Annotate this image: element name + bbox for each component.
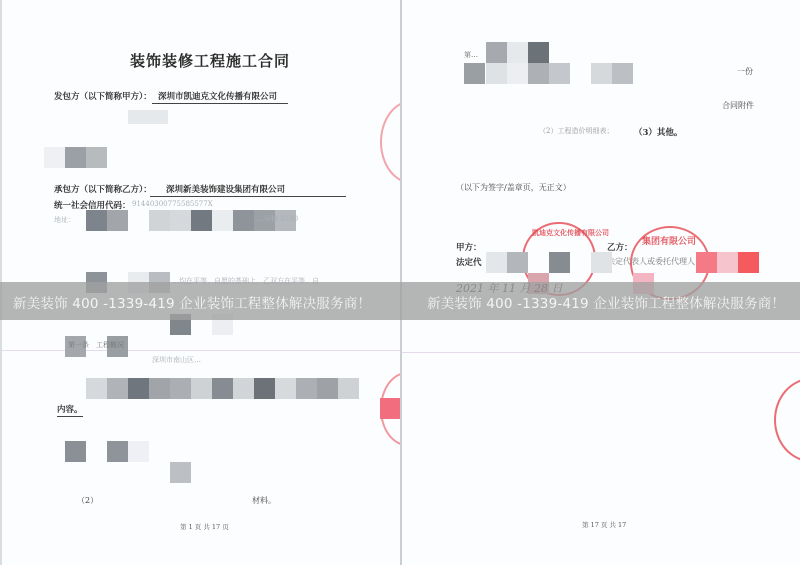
page-seam-stamp <box>774 378 800 462</box>
party-b-stamp-text: 集团有限公司 <box>642 234 696 247</box>
redaction-mosaic-block <box>738 252 759 273</box>
redaction-mosaic-block <box>107 210 128 231</box>
redaction-mosaic-block <box>380 398 400 419</box>
redaction-mosaic-block <box>528 42 549 63</box>
redaction-mosaic-block <box>149 378 170 399</box>
redaction-mosaic-block <box>254 378 275 399</box>
redaction-mosaic-block <box>486 252 507 273</box>
watermark-banner: 新美装饰 400 -1339-419 企业装饰工程整体解决服务商！ 新美装饰 4… <box>0 282 800 320</box>
redaction-mosaic-block <box>170 378 191 399</box>
watermark-text-left: 新美装饰 400 -1339-419 企业装饰工程整体解决服务商！ <box>13 292 371 312</box>
redaction-mosaic-block <box>191 378 212 399</box>
party-b-rep-label: 法定代表人或委托代理人 <box>607 256 695 267</box>
item-2-tail: 材料。 <box>252 495 276 506</box>
item-2-label: （2） <box>77 495 98 506</box>
redaction-mosaic-block <box>212 210 233 231</box>
address-tail: …号楼 8190 <box>257 214 298 224</box>
redaction-mosaic-block <box>507 63 528 84</box>
redaction-mosaic-block <box>128 378 149 399</box>
article-heading: 第… <box>464 50 478 60</box>
redaction-mosaic-block <box>549 252 570 273</box>
redaction-mosaic-block <box>86 210 107 231</box>
party-a-stamp-partial <box>380 100 400 184</box>
line-tail-2: 合同附件 <box>722 100 754 111</box>
redaction-mosaic-block <box>128 110 168 124</box>
redaction-mosaic-block <box>296 378 317 399</box>
redaction-mosaic-block <box>486 42 507 63</box>
redaction-mosaic-block <box>107 378 128 399</box>
redaction-mosaic-block <box>65 147 86 168</box>
redaction-mosaic-block <box>44 147 65 168</box>
redaction-mosaic-block <box>170 210 191 231</box>
redaction-mosaic-block <box>507 252 528 273</box>
redaction-mosaic-block <box>464 63 485 84</box>
redaction-mosaic-block <box>149 210 170 231</box>
redaction-mosaic-block <box>612 63 633 84</box>
page-footer: 第 1 页 共 17 页 <box>180 522 229 531</box>
redaction-mosaic-block <box>212 378 233 399</box>
party-b-label: 承包方（以下简称乙方）： <box>54 183 152 195</box>
redaction-mosaic-block <box>549 63 570 84</box>
page-footer-right: 第 17 页 共 17 <box>582 520 626 529</box>
redaction-mosaic-block <box>107 441 128 462</box>
redaction-mosaic-block <box>507 42 528 63</box>
party-a-rep-label: 法定代 <box>456 256 482 268</box>
signature-page-note: （以下为签字/盖章页，无正文） <box>456 182 571 193</box>
redaction-mosaic-block <box>86 147 107 168</box>
party-a-label: 发包方（以下简称甲方）： <box>54 90 152 102</box>
attachment-cost-detail: （2）工程造价明细表； <box>539 126 613 136</box>
credit-code-value: 91440300775585577X <box>132 200 213 208</box>
redaction-mosaic-block <box>486 63 507 84</box>
redaction-mosaic-block <box>591 252 612 273</box>
attachment-other: （3）其他。 <box>634 126 682 138</box>
redaction-mosaic-block <box>170 462 191 483</box>
project-location: 深圳市南山区… <box>152 355 201 365</box>
article-1-heading: 第一条 工程概况 <box>68 340 124 350</box>
content-label: 内容。 <box>57 403 83 417</box>
redaction-mosaic-block <box>86 378 107 399</box>
redaction-mosaic-block <box>317 378 338 399</box>
redaction-mosaic-block <box>528 63 549 84</box>
contract-title: 装饰装修工程施工合同 <box>130 50 290 71</box>
redaction-mosaic-block <box>591 63 612 84</box>
line-tail-1: 一份 <box>737 66 753 77</box>
party-a-value: 深圳市凯迪克文化传播有限公司 <box>152 90 288 104</box>
watermark-text-right: 新美装饰 400 -1339-419 企业装饰工程整体解决服务商！ <box>427 292 785 312</box>
redaction-mosaic-block <box>338 378 359 399</box>
address-label: 地址： <box>54 215 75 225</box>
redaction-mosaic-block <box>191 210 212 231</box>
redaction-mosaic-block <box>717 252 738 273</box>
redaction-mosaic-block <box>65 441 86 462</box>
redaction-mosaic-block <box>696 252 717 273</box>
party-b-value: 深圳新美装饰建设集团有限公司 <box>150 183 346 197</box>
sign-party-a-label: 甲方： <box>456 241 482 253</box>
party-a-stamp-text: 凯迪克文化传播有限公司 <box>532 228 609 238</box>
redaction-mosaic-block <box>233 210 254 231</box>
redaction-mosaic-block <box>275 378 296 399</box>
redaction-mosaic-block <box>128 441 149 462</box>
redaction-mosaic-block <box>233 378 254 399</box>
